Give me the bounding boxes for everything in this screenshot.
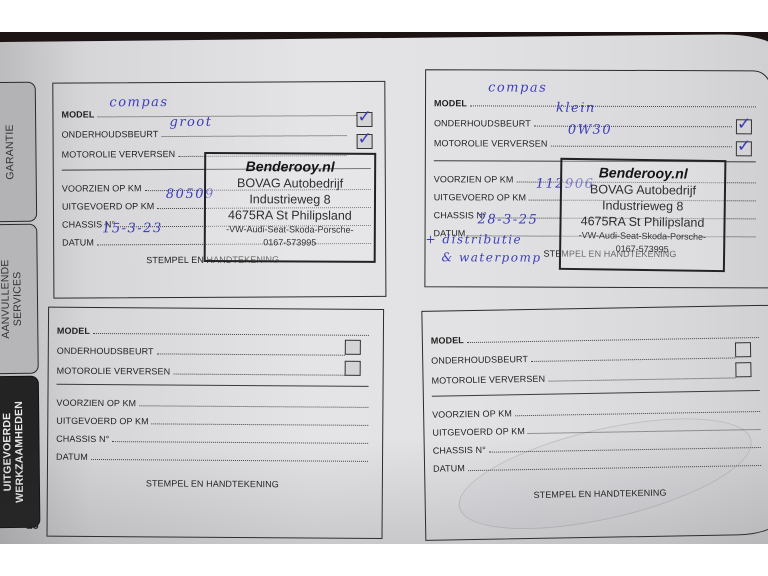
check-icon: ✓ (737, 138, 751, 155)
handwritten-datum: 15-3-23 (102, 221, 163, 236)
dotted-line (97, 115, 370, 117)
model-label: MODEL (57, 326, 90, 336)
voorzien-label: VOORZIEN OP KM (62, 183, 142, 193)
uitgevoerd-label: UITGEVOERD OP KM (434, 192, 526, 202)
booklet-photo: GARANTIE AANVULLENDE SERVICES UITGEVOERD… (0, 32, 768, 544)
onderhoudsbeurt-label: ONDERHOUDSBEURT (57, 346, 154, 357)
motorolie-checkbox[interactable]: ✓ (357, 134, 373, 149)
handwritten-note: & waterpomp (441, 250, 541, 264)
voorzien-label: VOORZIEN OP KM (434, 174, 514, 184)
tab-uitgevoerde-werkzaamheden[interactable]: UITGEVOERDE WERKZAAMHEDEN (0, 376, 40, 529)
check-icon: ✓ (357, 109, 371, 126)
model-row: MODEL (431, 326, 759, 346)
uitgevoerd-row: UITGEVOERD OP KM (56, 412, 368, 428)
motorolie-label: MOTOROLIE VERVERSEN (434, 138, 548, 148)
dotted-line (548, 377, 735, 381)
datum-label: DATUM (433, 463, 465, 474)
stamp-phone: 0167-573995 (206, 236, 374, 250)
stamp-brands: -VW-Audi-Seat-Skoda-Porsche- (561, 229, 723, 244)
stamp-line: Industrieweg 8 (206, 191, 374, 208)
model-label: MODEL (431, 335, 464, 346)
onderhoudsbeurt-label: ONDERHOUDSBEURT (62, 129, 159, 140)
tab-label: AANVULLENDE SERVICES (0, 259, 24, 338)
stamp-line: BOVAG Autobedrijf (206, 175, 374, 192)
dealer-stamp: Benderooy.nl BOVAG Autobedrijf Industrie… (559, 158, 727, 272)
divider (432, 390, 760, 397)
onderhoudsbeurt-checkbox[interactable] (735, 342, 751, 357)
dotted-line (470, 105, 756, 107)
service-record-2: MODEL ONDERHOUDSBEURT MOTOROLIE VERVERSE… (424, 69, 768, 288)
motorolie-row: MOTOROLIE VERVERSEN (431, 366, 735, 385)
motorolie-checkbox[interactable] (735, 362, 751, 377)
dotted-line (157, 353, 345, 355)
motorolie-label: MOTOROLIE VERVERSEN (431, 374, 545, 386)
dotted-line (161, 135, 346, 137)
onderhoudsbeurt-row: ONDERHOUDSBEURT (57, 342, 345, 358)
stamp-phone: 0167-573995 (561, 242, 723, 257)
service-record-3: MODEL ONDERHOUDSBEURT MOTOROLIE VERVERSE… (46, 307, 384, 539)
dotted-line (139, 405, 368, 408)
tab-label-line: SERVICES (12, 259, 25, 338)
dealer-stamp: Benderooy.nl BOVAG Autobedrijf Industrie… (204, 152, 377, 263)
motorolie-label: MOTOROLIE VERVERSEN (57, 366, 171, 377)
voorzien-row: VOORZIEN OP KM (56, 394, 368, 410)
dotted-line (173, 374, 344, 376)
stamp-name: Benderooy.nl (206, 157, 374, 176)
voorzien-row: VOORZIEN OP KM (432, 400, 760, 420)
stempel-label: STEMPEL EN HANDTEKENING (146, 478, 279, 489)
onderhoudsbeurt-checkbox[interactable] (345, 340, 361, 355)
page-number: 28 (26, 520, 38, 532)
check-icon: ✓ (737, 116, 751, 133)
datum-row: DATUM (56, 448, 368, 464)
tab-aanvullende-services[interactable]: AANVULLENDE SERVICES (0, 224, 39, 375)
dotted-line (93, 333, 369, 336)
motorolie-checkbox[interactable] (345, 361, 361, 376)
uitgevoerd-label: UITGEVOERD OP KM (56, 416, 149, 427)
model-label: MODEL (434, 98, 467, 108)
chassis-row: CHASSIS N° (56, 430, 368, 446)
tab-label: UITGEVOERDE WERKZAAMHEDEN (1, 401, 26, 503)
model-row: MODEL (61, 104, 370, 120)
tab-label: GARANTIE (4, 124, 17, 179)
voorzien-label: VOORZIEN OP KM (56, 398, 136, 409)
voorzien-label: VOORZIEN OP KM (432, 408, 512, 419)
motorolie-row: MOTOROLIE VERVERSEN (57, 362, 345, 378)
datum-label: DATUM (56, 452, 88, 462)
dotted-line (91, 459, 368, 462)
service-record-4: MODEL ONDERHOUDSBEURT MOTOROLIE VERVERSE… (421, 305, 768, 541)
chassis-label: CHASSIS N° (433, 445, 486, 456)
handwritten-model: compas (488, 80, 547, 95)
onderhoudsbeurt-label: ONDERHOUDSBEURT (431, 354, 528, 366)
uitgevoerd-label: UITGEVOERD OP KM (432, 426, 525, 438)
onderhoudsbeurt-checkbox[interactable]: ✓ (356, 112, 372, 127)
service-record-1: MODEL ONDERHOUDSBEURT MOTOROLIE VERVERSE… (52, 81, 386, 299)
datum-label: DATUM (62, 237, 94, 247)
motorolie-label: MOTOROLIE VERVERSEN (62, 149, 176, 160)
dotted-line (534, 126, 732, 128)
dotted-line (515, 411, 760, 416)
divider (57, 384, 369, 387)
uitgevoerd-label: UITGEVOERD OP KM (62, 201, 155, 211)
dotted-line (152, 423, 369, 426)
stamp-name: Benderooy.nl (562, 163, 724, 183)
handwritten-motorolie: 0W30 (568, 123, 612, 138)
onderhoudsbeurt-label: ONDERHOUDSBEURT (434, 118, 531, 128)
tab-garantie[interactable]: GARANTIE (0, 82, 37, 223)
check-icon: ✓ (358, 131, 372, 148)
handwritten-model: compas (109, 95, 168, 110)
dotted-line (112, 441, 368, 444)
stamp-line: 4675RA St Philipsland (206, 207, 374, 224)
tab-label-line: WERKZAAMHEDEN (13, 401, 26, 503)
dotted-line (467, 337, 759, 343)
handwritten-note: + distributie (426, 232, 523, 246)
model-label: MODEL (61, 109, 94, 119)
onderhoudsbeurt-row: ONDERHOUDSBEURT (431, 346, 735, 365)
handwritten-onderhoudsbeurt: groot (169, 115, 212, 130)
booklet-page: GARANTIE AANVULLENDE SERVICES UITGEVOERD… (0, 34, 768, 544)
motorolie-checkbox[interactable]: ✓ (736, 141, 752, 156)
chassis-label: CHASSIS N° (56, 434, 109, 444)
onderhoudsbeurt-checkbox[interactable]: ✓ (736, 119, 752, 134)
stamp-brands: -VW-Audi-Seat-Skoda-Porsche- (206, 223, 374, 237)
handwritten-onderhoudsbeurt: klein (556, 101, 596, 116)
handwritten-datum: 28-3-25 (478, 212, 539, 227)
model-row: MODEL (57, 322, 369, 338)
dotted-line (550, 146, 731, 148)
dotted-line (531, 357, 735, 362)
